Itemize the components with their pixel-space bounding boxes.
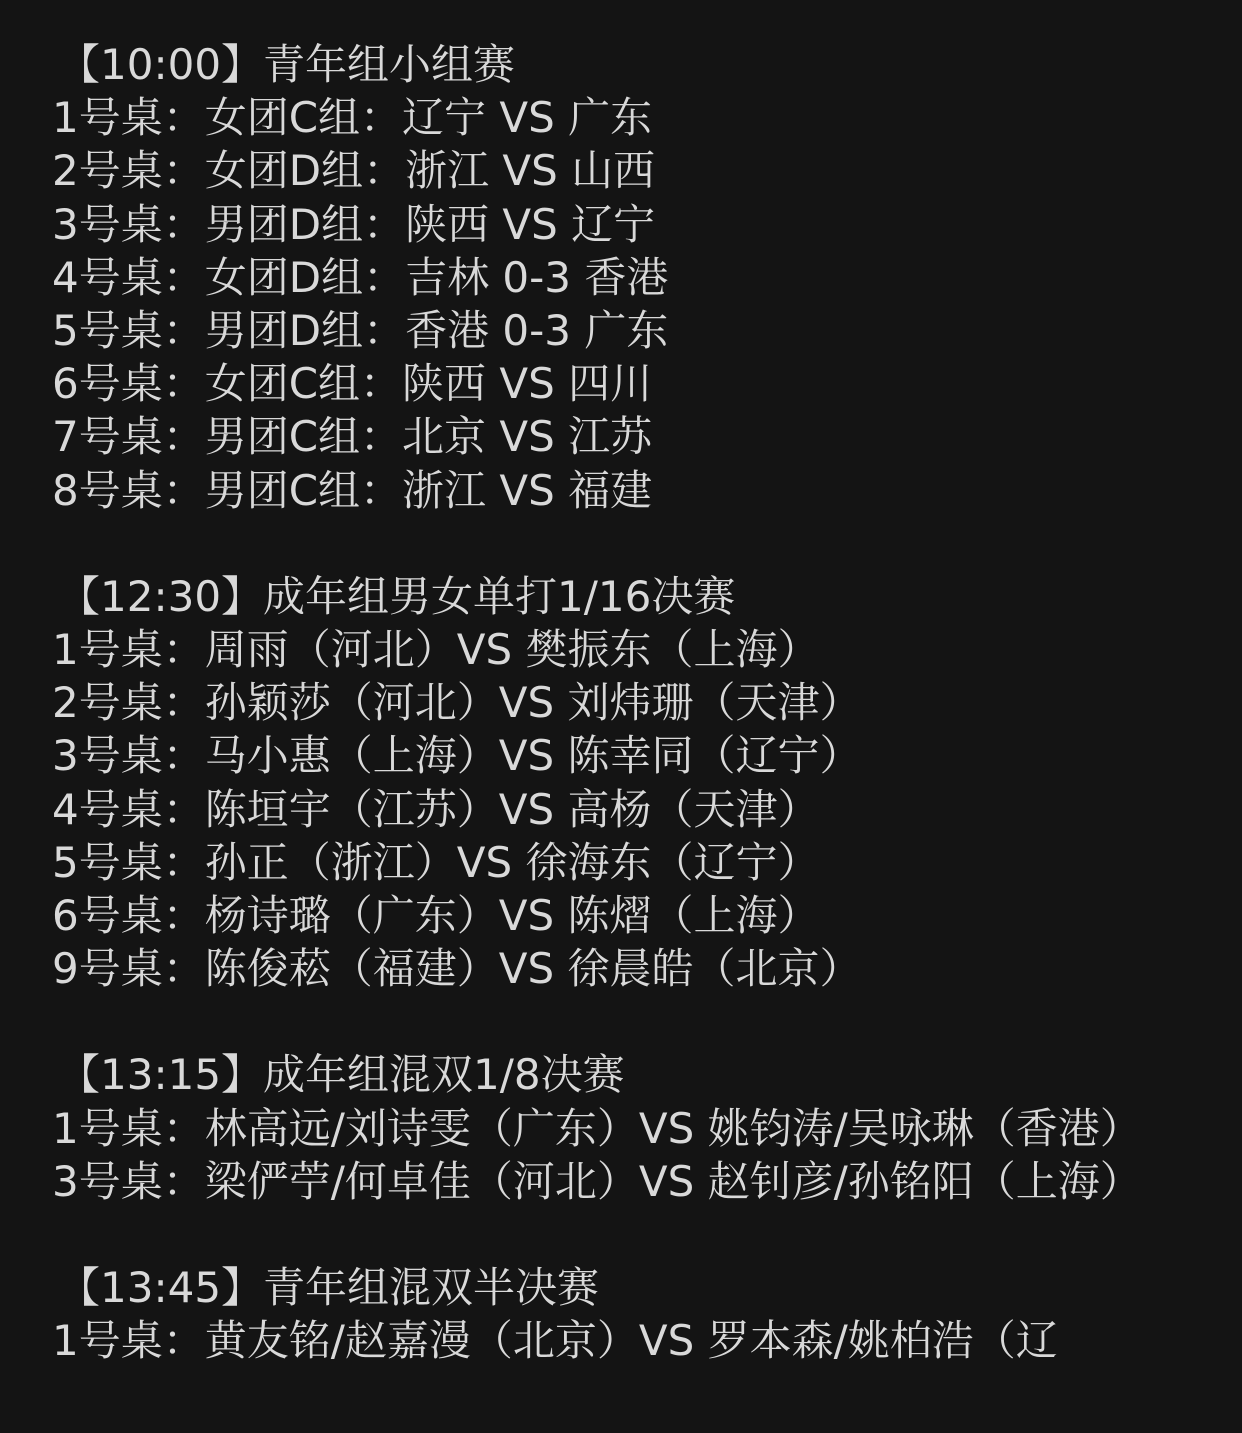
match-line: 6号桌：女团C组：陕西 VS 四川 xyxy=(52,357,1152,410)
match-line: 2号桌：孙颖莎（河北）VS 刘炜珊（天津） xyxy=(52,676,1152,729)
schedule-section-1315: 【13:15】成年组混双1/8决赛 1号桌：林高远/刘诗雯（广东）VS 姚钧涛/… xyxy=(52,1048,1152,1208)
schedule-section-1230: 【12:30】成年组男女单打1/16决赛 1号桌：周雨（河北）VS 樊振东（上海… xyxy=(52,570,1152,996)
schedule-section-1000: 【10:00】青年组小组赛 1号桌：女团C组：辽宁 VS 广东 2号桌：女团D组… xyxy=(52,38,1152,517)
match-line: 8号桌：男团C组：浙江 VS 福建 xyxy=(52,464,1152,517)
match-line: 3号桌：男团D组：陕西 VS 辽宁 xyxy=(52,198,1152,251)
match-line: 5号桌：男团D组：香港 0-3 广东 xyxy=(52,304,1152,357)
match-line: 4号桌：女团D组：吉林 0-3 香港 xyxy=(52,251,1152,304)
match-line: 3号桌：马小惠（上海）VS 陈幸同（辽宁） xyxy=(52,729,1152,782)
section-header: 【12:30】成年组男女单打1/16决赛 xyxy=(58,570,1152,623)
schedule-section-1345: 【13:45】青年组混双半决赛 1号桌：黄友铭/赵嘉漫（北京）VS 罗本森/姚柏… xyxy=(52,1261,1152,1367)
section-header: 【13:45】青年组混双半决赛 xyxy=(58,1261,1152,1314)
match-line: 1号桌：黄友铭/赵嘉漫（北京）VS 罗本森/姚柏浩（辽 xyxy=(52,1314,1152,1367)
match-line: 9号桌：陈俊菘（福建）VS 徐晨皓（北京） xyxy=(52,942,1152,995)
match-line: 7号桌：男团C组：北京 VS 江苏 xyxy=(52,410,1152,463)
match-line: 1号桌：女团C组：辽宁 VS 广东 xyxy=(52,91,1152,144)
match-line: 1号桌：周雨（河北）VS 樊振东（上海） xyxy=(52,623,1152,676)
match-line: 5号桌：孙正（浙江）VS 徐海东（辽宁） xyxy=(52,836,1152,889)
match-line: 1号桌：林高远/刘诗雯（广东）VS 姚钧涛/吴咏琳（香港） xyxy=(52,1102,1152,1155)
schedule-document: 【10:00】青年组小组赛 1号桌：女团C组：辽宁 VS 广东 2号桌：女团D组… xyxy=(52,38,1152,1367)
match-line: 3号桌：梁俨苧/何卓佳（河北）VS 赵钊彦/孙铭阳（上海） xyxy=(52,1155,1152,1208)
match-line: 4号桌：陈垣宇（江苏）VS 高杨（天津） xyxy=(52,783,1152,836)
section-header: 【13:15】成年组混双1/8决赛 xyxy=(58,1048,1152,1101)
section-header: 【10:00】青年组小组赛 xyxy=(58,38,1152,91)
match-line: 2号桌：女团D组：浙江 VS 山西 xyxy=(52,144,1152,197)
match-line: 6号桌：杨诗璐（广东）VS 陈熠（上海） xyxy=(52,889,1152,942)
